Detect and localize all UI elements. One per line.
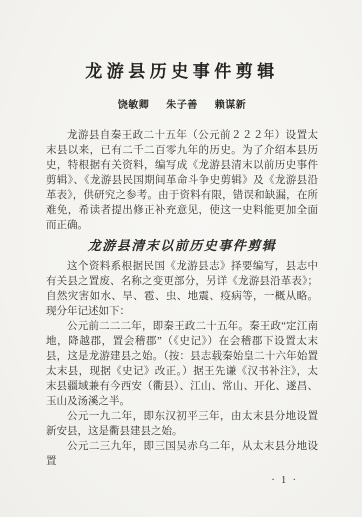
page-content: 龙游县历史事件剪辑 饶敏卿 朱子善 赖谋新 龙游县自秦王政二十五年（公元前２２２… [46, 0, 318, 488]
document-page: 龙游县历史事件剪辑 饶敏卿 朱子善 赖谋新 龙游县自秦王政二十五年（公元前２２２… [0, 0, 362, 517]
body-text: 龙游县自秦王政二十五年（公元前２２２年）设置太末县以来，已有二千二百零九年的历史… [46, 128, 318, 488]
page-title: 龙游县历史事件剪辑 [46, 57, 318, 82]
authors-line: 饶敏卿 朱子善 赖谋新 [46, 96, 318, 111]
author-name: 朱子善 [166, 100, 198, 111]
intro-paragraph: 龙游县自秦王政二十五年（公元前２２２年）设置太末县以来，已有二千二百零九年的历史… [46, 128, 318, 233]
page-number: · 1 · [46, 473, 318, 488]
body-paragraph: 公元二三九年，即三国吴赤乌二年，从太末县分地设置 [46, 439, 318, 469]
section-heading: 龙游县清末以前历史事件剪辑 [46, 238, 318, 253]
author-name: 饶敏卿 [118, 100, 150, 111]
body-paragraph: 公元一九二年，即东汉初平三年，由太末县分地设置新安县，这是衢县建县之始。 [46, 409, 318, 439]
body-paragraph: 公元前二二二年，即秦王政二十五年。秦王政“定江南地，降越郡，置会稽郡”（《史记》… [46, 319, 318, 409]
author-name: 赖谋新 [215, 100, 247, 111]
body-paragraph: 这个资料系根据民国《龙游县志》择要编写，县志中有关县之置废、名称之变更部分，另详… [46, 259, 318, 319]
